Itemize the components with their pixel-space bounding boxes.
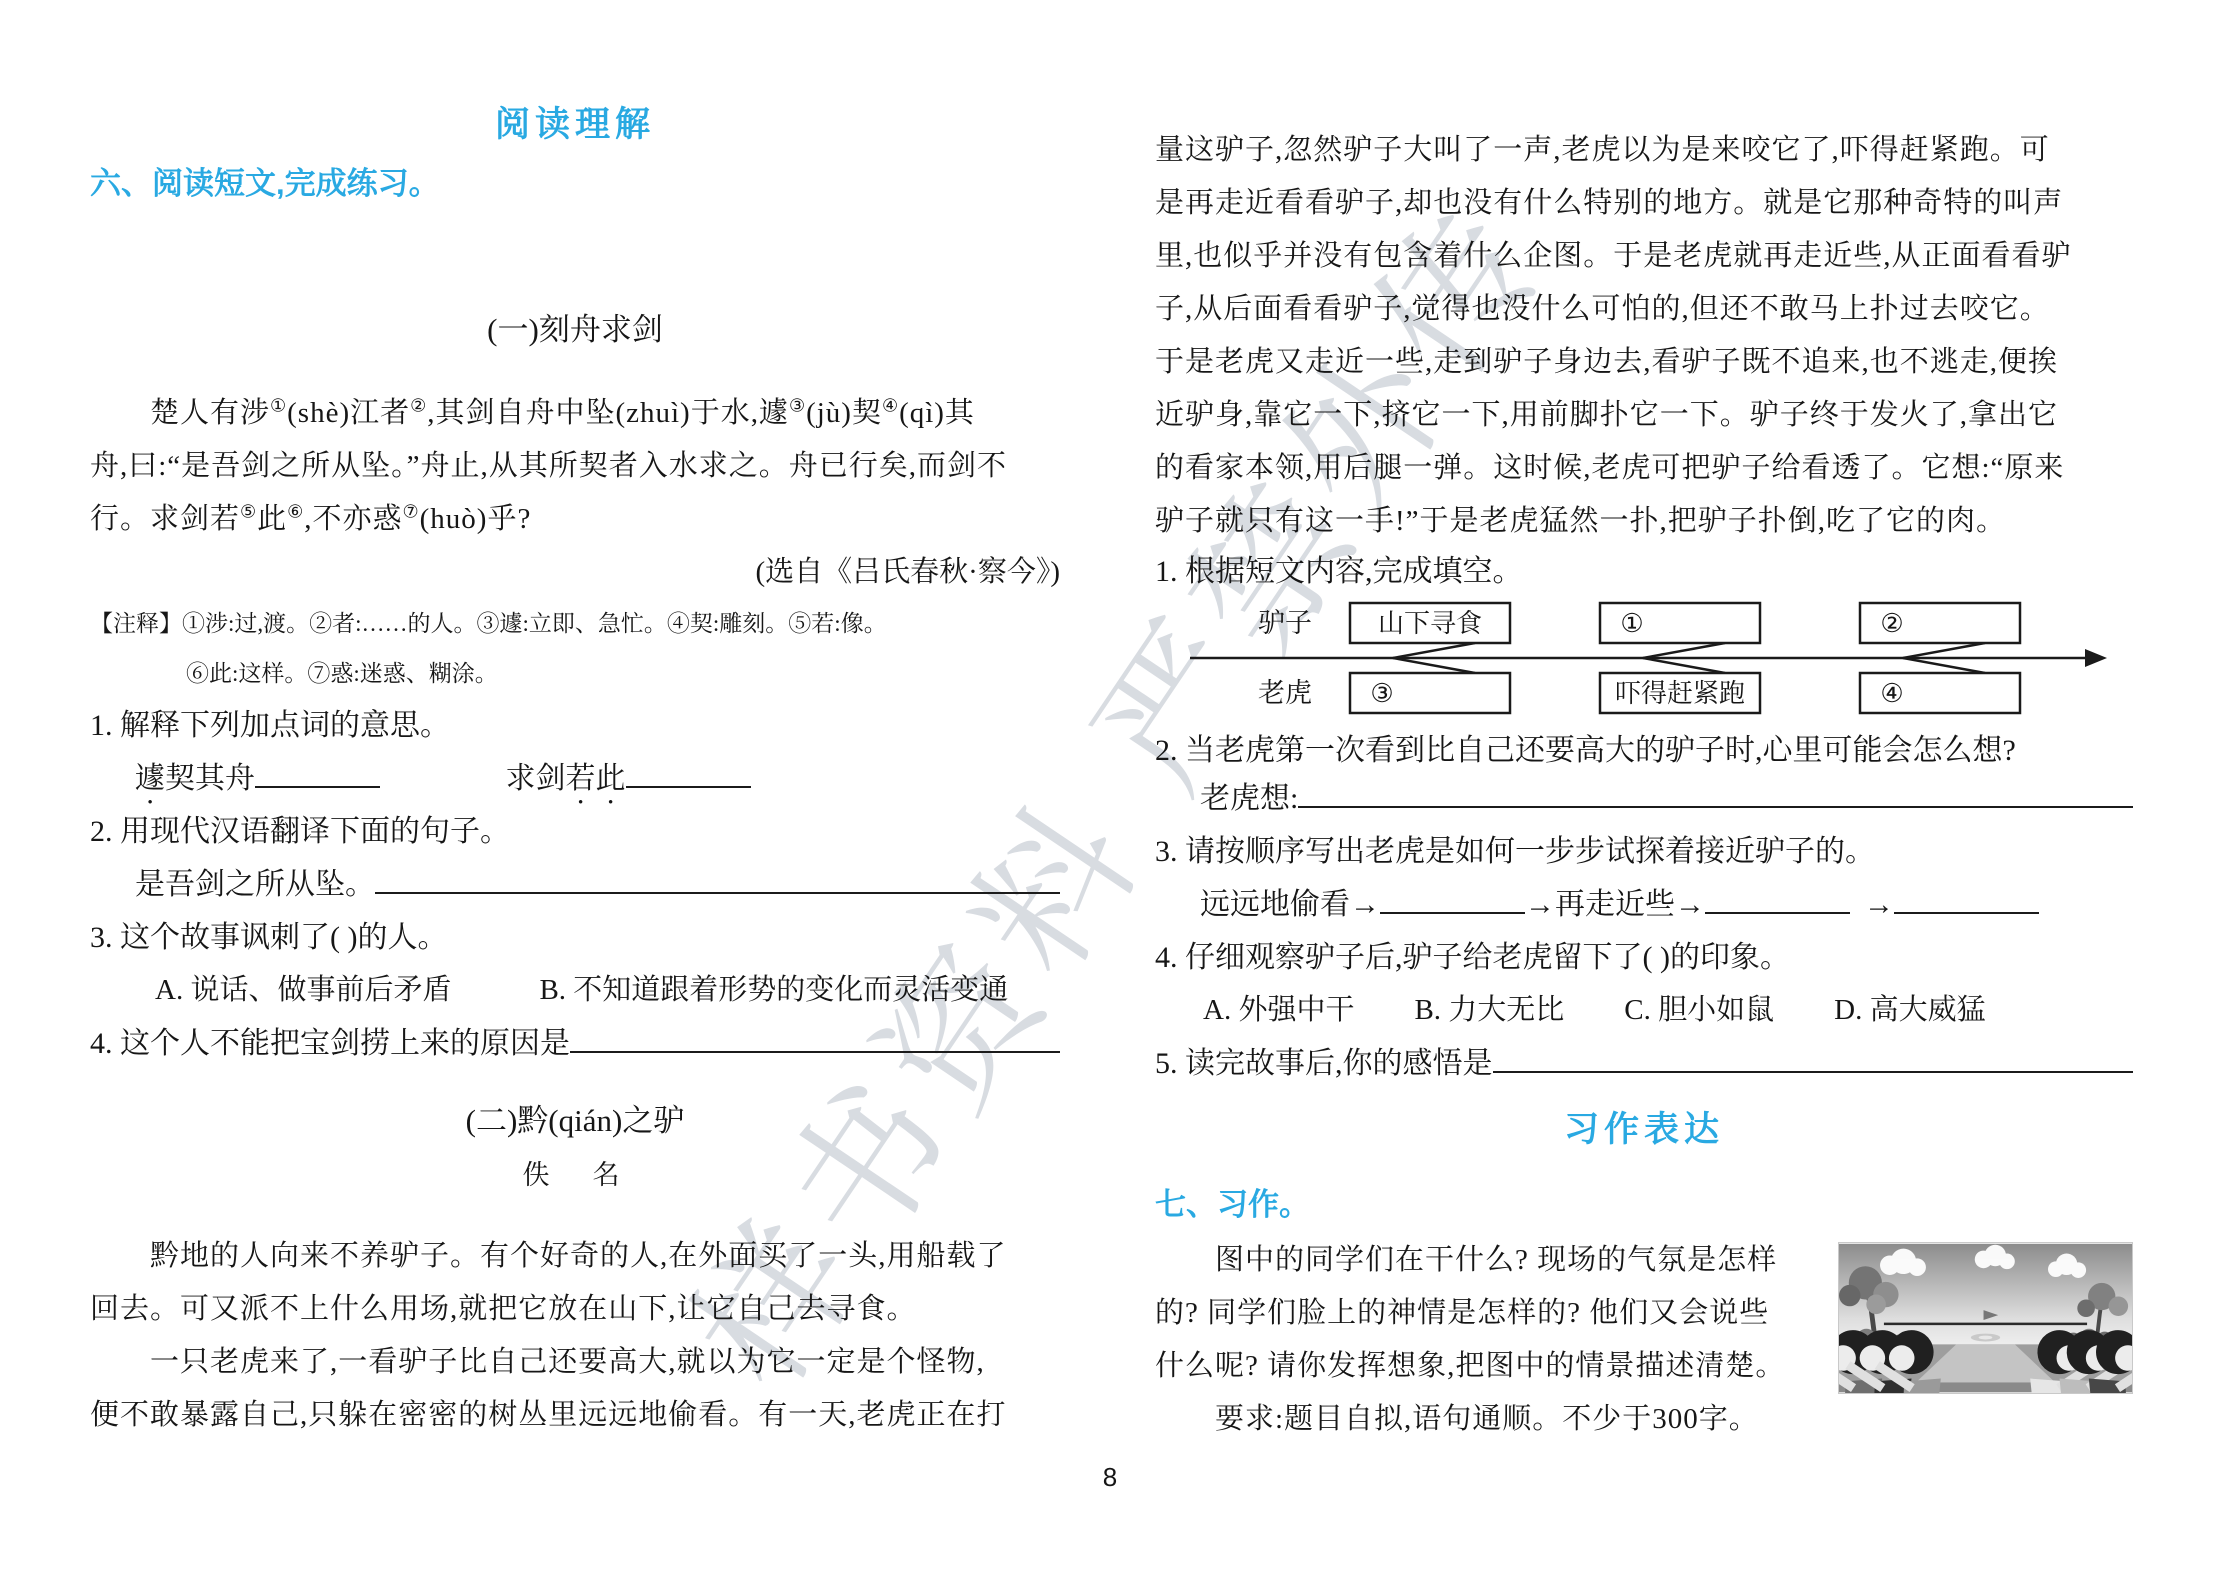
diagram-bottom-box2-text: 吓得赶紧跑 [1615, 679, 1745, 708]
diagram-row1-label: 驴子 [1258, 608, 1312, 638]
option-item: A. 说话、做事前后矛盾 [155, 964, 451, 1017]
p2-question1-label: 1. 根据短文内容,完成填空。 [1155, 548, 2133, 595]
p1-question3-options: A. 说话、做事前后矛盾B. 不知道跟着形势的变化而灵活变通 [90, 964, 1060, 1017]
p1-question3-label: 3. 这个故事讽刺了( )的人。 [90, 911, 1060, 964]
p2-q3-blank3 [1894, 909, 2039, 914]
writing-instruction: 七、习作。 [1155, 1176, 2133, 1234]
passage-line: 里,也似乎并没有包含着什么企图。于是老虎就再走近些,从正面看看驴 [1155, 230, 2133, 283]
passage1-source: (选自《吕氏春秋·察今》) [90, 546, 1060, 599]
passage-line: 驴子就只有这一手!”于是老虎猛然一扑,把驴子扑倒,吃了它的肉。 [1155, 495, 2133, 548]
diagram-row2-label: 老虎 [1258, 678, 1312, 708]
timeline-arrowhead [2085, 649, 2107, 667]
diagram-top-box2-text: ① [1620, 609, 1643, 638]
passage-line: 一只老虎来了,一看驴子比自己还要高大,就以为它一定是个怪物, [90, 1336, 1060, 1389]
passage-line: 行。求剑若⑤此⑥,不亦惑⑦(huò)乎? [90, 493, 1060, 546]
p2-question2-label: 2. 当老虎第一次看到比自己还要高大的驴子时,心里可能会怎么想? [1155, 730, 2133, 772]
reading-instruction: 六、阅读短文,完成练习。 [90, 155, 1060, 213]
writing-line: 图中的同学们在干什么? 现场的气氛是怎样 [1155, 1234, 1798, 1287]
p1-q4-blank [570, 1048, 1060, 1053]
p1-question4-row: 4. 这个人不能把宝剑捞上来的原因是 [90, 1017, 1060, 1070]
passage-line: 的看家本领,用后腿一弹。这时候,老虎可把驴子给看透了。它想:“原来 [1155, 442, 2133, 495]
p2-q2-prompt: 老虎想: [1200, 772, 1298, 825]
p1-q1-term2-dotted: 若此 [566, 762, 626, 795]
diagram-bottom-box1-text: ③ [1370, 679, 1393, 708]
passage-line: 舟,曰:“是吾剑之所从坠。”舟止,从其所契者入水求之。舟已行矣,而剑不 [90, 440, 1060, 493]
p1-q2-blank [375, 889, 1060, 894]
p2-q3-seq-part3: → [1864, 888, 1894, 921]
p1-q1-term2-rest: 求剑 [506, 762, 566, 795]
passage-line: 近驴身,靠它一下,挤它一下,用前脚扑它一下。驴子终于发火了,拿出它 [1155, 389, 2133, 442]
option-item: D. 高大威猛 [1834, 984, 1985, 1037]
writing-line: 的? 同学们脸上的神情是怎样的? 他们又会说些 [1155, 1287, 1798, 1340]
option-item: B. 不知道跟着形势的变化而灵活变通 [539, 964, 1008, 1017]
p2-q5-blank [1493, 1068, 2134, 1073]
passage2-author: 佚 名 [90, 1150, 1060, 1200]
passage-line: 子,从后面看看驴子,觉得也没什么可怕的,但还不敢马上扑过去咬它。 [1155, 283, 2133, 336]
p2-q3-seq-part1: 远远地偷看→ [1200, 888, 1380, 921]
passage-line: 便不敢暴露自己,只躲在密密的树丛里远远地偷看。有一天,老虎正在打 [90, 1389, 1060, 1442]
writing-line: 什么呢? 请你发挥想象,把图中的情景描述清楚。 [1155, 1340, 1798, 1393]
p2-q3-blank1 [1380, 909, 1525, 914]
tug-of-war-illustration [1838, 1242, 2133, 1394]
writing-task-text: 图中的同学们在干什么? 现场的气氛是怎样的? 同学们脸上的神情是怎样的? 他们又… [1155, 1234, 1798, 1446]
p1-question1-terms: 遽契其舟 求剑若此 [90, 752, 1060, 805]
p1-question1-label: 1. 解释下列加点词的意思。 [90, 699, 1060, 752]
passage2-title: (二)黔(qián)之驴 [90, 1092, 1060, 1150]
p1-question2-sentence-row: 是吾剑之所从坠。 [90, 858, 1060, 911]
section-title-reading: 阅读理解 [90, 95, 1060, 155]
p1-q4-label: 4. 这个人不能把宝剑捞上来的原因是 [90, 1017, 570, 1070]
p2-question3-label: 3. 请按顺序写出老虎是如何一步步试探着接近驴子的。 [1155, 825, 2133, 878]
section-title-writing: 习作表达 [1155, 1102, 2133, 1158]
left-column: 阅读理解 六、阅读短文,完成练习。 (一)刻舟求剑 楚人有涉①(shè)江者②,… [90, 95, 1060, 1442]
option-item: A. 外强中干 [1203, 984, 1354, 1037]
p1-q2-sentence: 是吾剑之所从坠。 [135, 858, 375, 911]
p1-q1-blank1 [255, 783, 380, 788]
option-item: C. 胆小如鼠 [1624, 984, 1774, 1037]
p1-q1-term1-rest: 契其舟 [165, 762, 255, 795]
p2-q2-blank [1298, 803, 2133, 808]
passage-line: 回去。可又派不上什么用场,就把它放在山下,让它自己去寻食。 [90, 1283, 1060, 1336]
passage-line: 于是老虎又走近一些,走到驴子身边去,看驴子既不追来,也不逃走,便挨 [1155, 336, 2133, 389]
p2-q3-blank2 [1705, 909, 1850, 914]
diagram-top-box3-text: ② [1880, 609, 1903, 638]
p2-question5-row: 5. 读完故事后,你的感悟是 [1155, 1037, 2133, 1090]
passage1-text: 楚人有涉①(shè)江者②,其剑自舟中坠(zhuì)于水,遽③(jù)契④(qì… [90, 387, 1060, 546]
writing-task: 图中的同学们在干什么? 现场的气氛是怎样的? 同学们脸上的神情是怎样的? 他们又… [1155, 1234, 2133, 1446]
passage2-text-left: 黔地的人向来不养驴子。有个好奇的人,在外面买了一头,用船载了回去。可又派不上什么… [90, 1230, 1060, 1442]
passage-line: 楚人有涉①(shè)江者②,其剑自舟中坠(zhuì)于水,遽③(jù)契④(qì… [90, 387, 1060, 440]
passage2-text-right: 量这驴子,忽然驴子大叫了一声,老虎以为是来咬它了,吓得赶紧跑。可是再走近看看驴子… [1155, 124, 2133, 548]
p2-question4-options: A. 外强中干B. 力大无比C. 胆小如鼠D. 高大威猛 [1155, 984, 2133, 1037]
passage1-notes-line1: 【注释】①涉:过,渡。②者:……的人。③遽:立即、急忙。④契:雕刻。⑤若:像。 [90, 599, 1060, 649]
right-column: 量这驴子,忽然驴子大叫了一声,老虎以为是来咬它了,吓得赶紧跑。可是再走近看看驴子… [1155, 85, 2133, 1446]
passage-line: 黔地的人向来不养驴子。有个好奇的人,在外面买了一头,用船载了 [90, 1230, 1060, 1283]
p2-question4-label: 4. 仔细观察驴子后,驴子给老虎留下了( )的印象。 [1155, 931, 2133, 984]
p1-q1-term1-dotted: 遽 [135, 762, 165, 795]
tug-of-war-scene [1839, 1243, 2132, 1393]
passage-line: 是再走近看看驴子,却也没有什么特别的地方。就是它那种奇特的叫声 [1155, 177, 2133, 230]
page-number: 8 [0, 1462, 2220, 1493]
p1-question2-label: 2. 用现代汉语翻译下面的句子。 [90, 805, 1060, 858]
diagram-top-box1-text: 山下寻食 [1378, 609, 1482, 638]
dust-swirl-inner [1979, 1336, 1993, 1340]
diagram-bottom-box3-text: ④ [1880, 679, 1903, 708]
p2-q5-label: 5. 读完故事后,你的感悟是 [1155, 1037, 1493, 1090]
passage-line: 量这驴子,忽然驴子大叫了一声,老虎以为是来咬它了,吓得赶紧跑。可 [1155, 124, 2133, 177]
p2-question2-answer-row: 老虎想: [1155, 772, 2133, 825]
passage1-notes-line2: ⑥此:这样。⑦惑:迷惑、糊涂。 [90, 649, 1060, 699]
p1-q1-blank2 [626, 783, 751, 788]
writing-line: 要求:题目自拟,语句通顺。不少于300字。 [1155, 1393, 1798, 1446]
option-item: B. 力大无比 [1414, 984, 1564, 1037]
story-timeline-diagram: 驴子 老虎 山下寻食 ① ② ③ 吓得赶紧跑 ④ [1155, 595, 2133, 725]
passage1-title: (一)刻舟求剑 [90, 301, 1060, 359]
p2-question3-sequence: 远远地偷看→→再走近些→→ [1155, 878, 2133, 931]
p2-q3-seq-part2: →再走近些→ [1525, 888, 1705, 921]
worksheet-page: 样书资料 严禁外传 阅读理解 六、阅读短文,完成练习。 (一)刻舟求剑 楚人有涉… [0, 0, 2220, 1571]
